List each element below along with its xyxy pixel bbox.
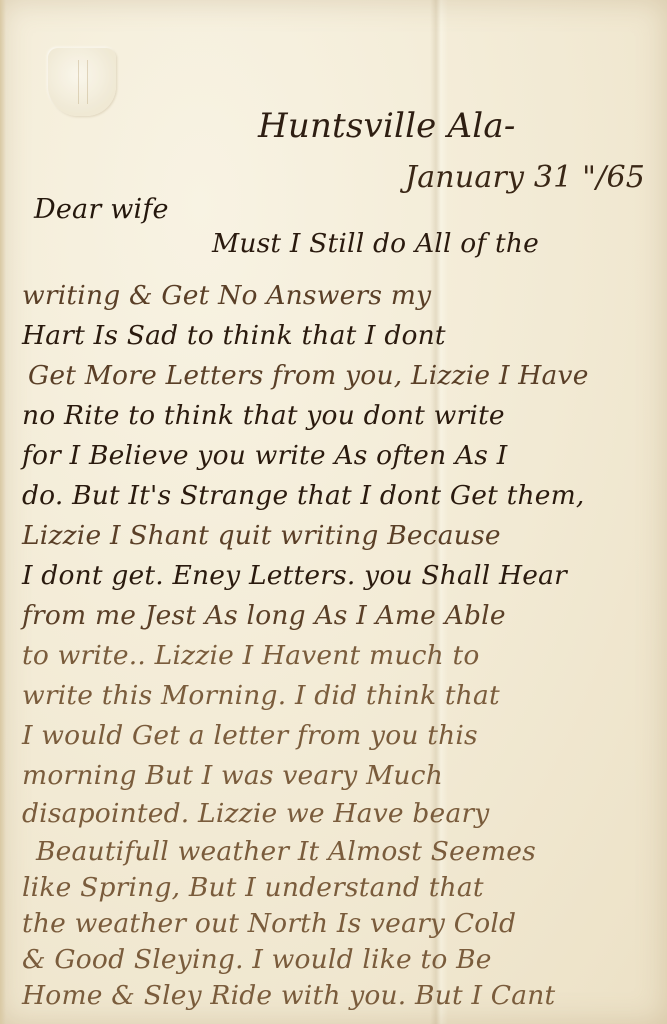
letter-line: the weather out North Is veary Cold bbox=[22, 908, 516, 939]
letter-line: do. But It's Strange that I dont Get the… bbox=[22, 480, 585, 511]
embossed-crest-icon bbox=[48, 48, 116, 116]
letter-line: I dont get. Eney Letters. you Shall Hear bbox=[22, 560, 567, 591]
letter-line: Hart Is Sad to think that I dont bbox=[22, 320, 446, 351]
letter-date: January 31 "/65 bbox=[405, 160, 645, 195]
letter-line: Get More Letters from you, Lizzie I Have bbox=[28, 360, 589, 391]
letter-line: & Good Sleying. I would like to Be bbox=[22, 944, 492, 975]
letter-line: from me Jest As long As I Ame Able bbox=[22, 600, 506, 631]
letter-line: for I Believe you write As often As I bbox=[22, 440, 507, 471]
letter-place: Huntsville Ala- bbox=[258, 106, 516, 146]
letter-line: Home & Sley Ride with you. But I Cant bbox=[22, 980, 555, 1011]
letter-line: to write.. Lizzie I Havent much to bbox=[22, 640, 480, 671]
letter-line: I would Get a letter from you this bbox=[22, 720, 478, 751]
letter-line: writing & Get No Answers my bbox=[22, 280, 431, 311]
letter-line: Beautifull weather It Almost Seemes bbox=[36, 836, 536, 867]
letter-page: Huntsville Ala- January 31 "/65 Dear wif… bbox=[0, 0, 667, 1024]
letter-line: like Spring, But I understand that bbox=[22, 872, 484, 903]
letter-line: Lizzie I Shant quit writing Because bbox=[22, 520, 501, 551]
letter-line: write this Morning. I did think that bbox=[22, 680, 500, 711]
letter-line: Must I Still do All of the bbox=[212, 228, 539, 259]
letter-line: morning But I was veary Much bbox=[22, 760, 443, 791]
letter-line: disapointed. Lizzie we Have beary bbox=[22, 798, 489, 829]
letter-salutation: Dear wife bbox=[34, 194, 169, 225]
letter-line: no Rite to think that you dont write bbox=[22, 400, 505, 431]
paper-edge bbox=[0, 0, 6, 1024]
